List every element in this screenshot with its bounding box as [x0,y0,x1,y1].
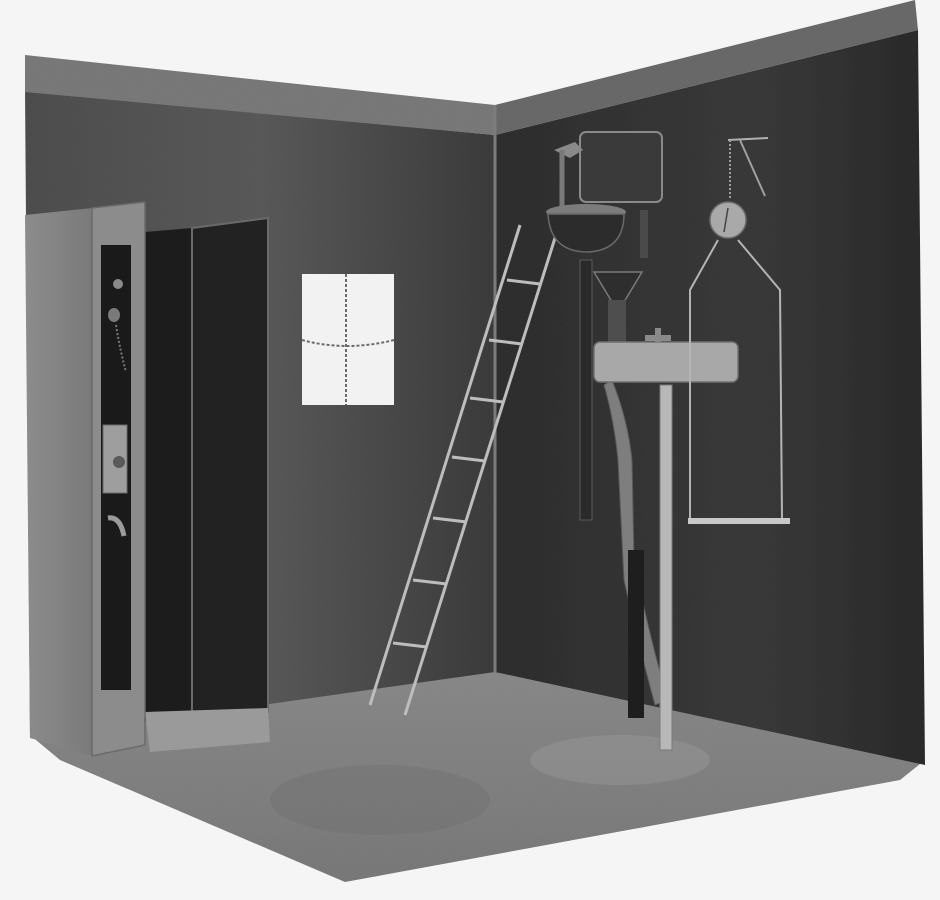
sink-pedestal [660,385,672,750]
phone-booth [25,202,270,756]
booth-door[interactable] [25,208,92,756]
booth-back-panel [145,228,192,720]
toilet-tank [580,132,662,202]
white-sign [302,274,394,405]
scale-dial-icon [710,202,746,238]
room-model-photo [0,0,940,900]
phone-handset-icon [113,279,123,289]
scale-tray [688,518,790,524]
right-wall [495,30,925,765]
booth-side-panel [192,218,268,712]
